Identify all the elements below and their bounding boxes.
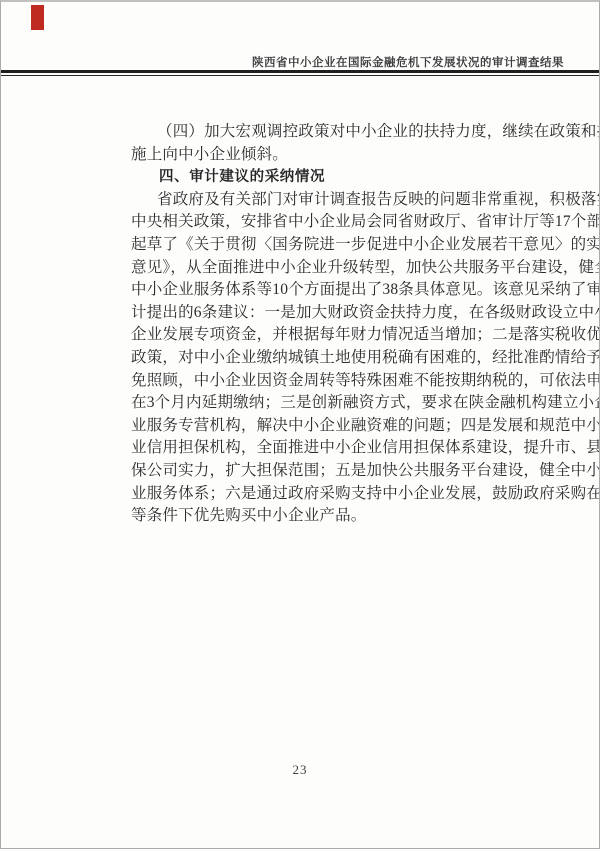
text-line: 等条件下优先购买中小企业产品。 — [131, 505, 567, 528]
text-line: 施上向中小企业倾斜。 — [131, 144, 567, 167]
text-line: 企业发展专项资金，并根据每年财力情况适当增加；二是落实税收优惠 — [131, 324, 567, 347]
text-line: （四）加大宏观调控政策对中小企业的扶持力度，继续在政策和措 — [131, 121, 567, 144]
text-line: 意见》，从全面推进中小企业升级转型，加快公共服务平台建设，健全 — [131, 257, 567, 280]
text-line: 起草了《关于贯彻〈国务院进一步促进中小企业发展若干意见〉的实施 — [131, 234, 567, 257]
text-line: 中央相关政策，安排省中小企业局会同省财政厅、省审计厅等17个部门 — [131, 211, 567, 234]
text-line: 业信用担保机构，全面推进中小企业信用担保体系建设，提升市、县担 — [131, 437, 567, 460]
text-line: 业服务专营机构，解决中小企业融资难的问题；四是发展和规范中小企 — [131, 415, 567, 438]
document-page: 陕西省中小企业在国际金融危机下发展状况的审计调查结果 （四）加大宏观调控政策对中… — [0, 0, 600, 849]
text-line: 政策，对中小企业缴纳城镇土地使用税确有困难的，经批准酌情给予减 — [131, 347, 567, 370]
text-line: 计提出的6条建议：一是加大财政资金扶持力度，在各级财政设立中小 — [131, 302, 567, 325]
section-heading: 四、审计建议的采纳情况 — [131, 166, 567, 189]
header-rule-divider — [1, 70, 599, 76]
text-line: 在3个月内延期缴纳；三是创新融资方式，要求在陕金融机构建立小企 — [131, 392, 567, 415]
text-line: 保公司实力，扩大担保范围；五是加快公共服务平台建设，健全中小企 — [131, 460, 567, 483]
body-text: （四）加大宏观调控政策对中小企业的扶持力度，继续在政策和措施上向中小企业倾斜。四… — [131, 121, 567, 528]
text-line: 业服务体系；六是通过政府采购支持中小企业发展，鼓励政府采购在同 — [131, 483, 567, 506]
text-line: 省政府及有关部门对审计调查报告反映的问题非常重视，积极落实 — [131, 189, 567, 212]
page-number: 23 — [1, 762, 599, 778]
running-header-title: 陕西省中小企业在国际金融危机下发展状况的审计调查结果 — [252, 54, 564, 70]
text-line: 中小企业服务体系等10个方面提出了38条具体意见。该意见采纳了审 — [131, 279, 567, 302]
text-line: 免照顾，中小企业因资金周转等特殊困难不能按期纳税的，可依法申请 — [131, 370, 567, 393]
red-bookmark-mark — [31, 5, 44, 30]
